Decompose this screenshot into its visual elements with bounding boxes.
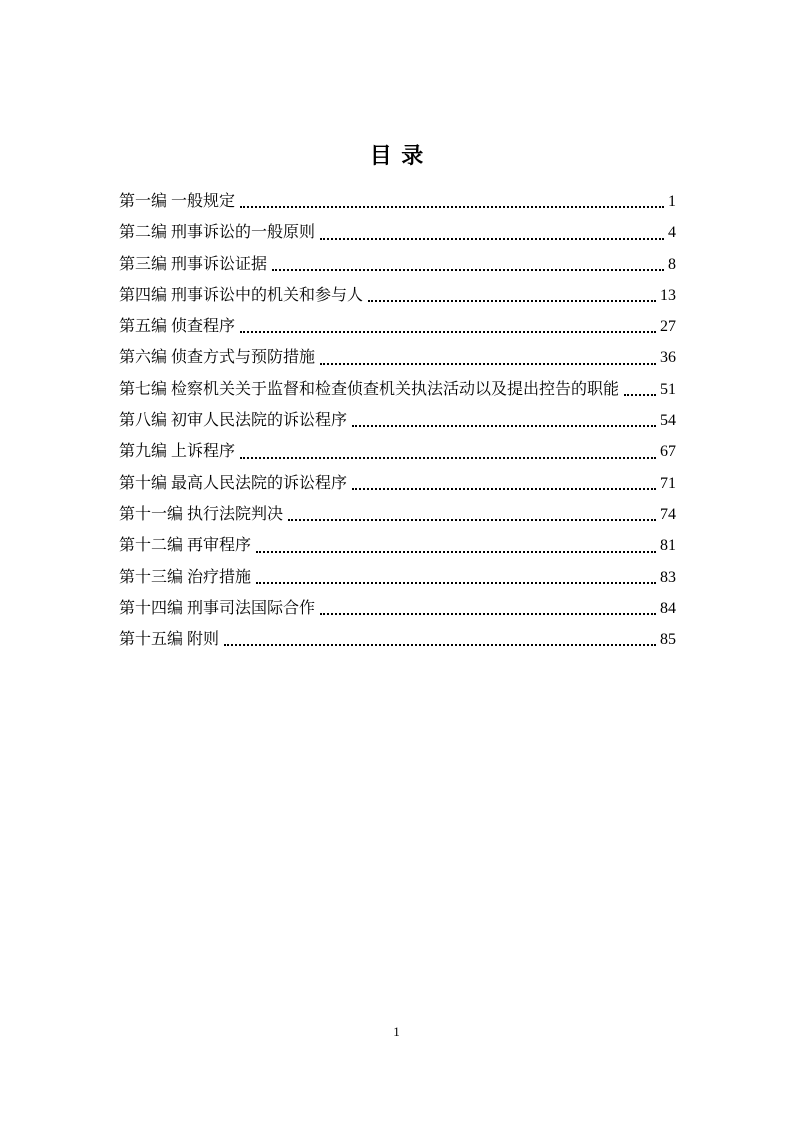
- dot-leader: [235, 186, 668, 217]
- toc-entry-page: 51: [660, 374, 676, 405]
- dot-leader: [347, 405, 660, 436]
- toc-entry: 第十二编 再审程序81: [119, 530, 676, 561]
- toc-entry-label: 第二编 刑事诉讼的一般原则: [119, 217, 315, 248]
- toc-entry-label: 第八编 初审人民法院的诉讼程序: [119, 405, 347, 436]
- dot-leader: [251, 530, 660, 561]
- toc-entry: 第十一编 执行法院判决74: [119, 499, 676, 530]
- toc-entry-page: 13: [660, 280, 676, 311]
- toc-entry-label: 第五编 侦查程序: [119, 311, 235, 342]
- dot-leader: [251, 562, 660, 593]
- toc-entry-page: 4: [668, 217, 676, 248]
- toc-entry-label: 第十五编 附则: [119, 624, 219, 655]
- document-page: 目 录 第一编 一般规定1第二编 刑事诉讼的一般原则4第三编 刑事诉讼证据8第四…: [0, 0, 793, 1122]
- toc-entry-page: 85: [660, 624, 676, 655]
- toc-entry-page: 8: [668, 249, 676, 280]
- toc-entry: 第八编 初审人民法院的诉讼程序54: [119, 405, 676, 436]
- dot-leader: [219, 624, 660, 655]
- toc-entry-label: 第一编 一般规定: [119, 186, 235, 217]
- toc-entry-page: 74: [660, 499, 676, 530]
- toc-entry-label: 第九编 上诉程序: [119, 436, 235, 467]
- toc-entry-label: 第十三编 治疗措施: [119, 562, 251, 593]
- dot-leader: [235, 311, 660, 342]
- toc-entry-label: 第十二编 再审程序: [119, 530, 251, 561]
- toc-entry-page: 54: [660, 405, 676, 436]
- dot-leader: [315, 593, 660, 624]
- dot-leader: [267, 249, 668, 280]
- toc-entry-page: 67: [660, 436, 676, 467]
- toc-entry: 第七编 检察机关关于监督和检查侦查机关执法活动以及提出控告的职能51: [119, 374, 676, 405]
- toc-entry: 第十编 最高人民法院的诉讼程序71: [119, 468, 676, 499]
- toc-entry: 第六编 侦查方式与预防措施36: [119, 342, 676, 373]
- toc-entry: 第四编 刑事诉讼中的机关和参与人13: [119, 280, 676, 311]
- toc-entry-label: 第三编 刑事诉讼证据: [119, 249, 267, 280]
- toc-entry: 第一编 一般规定1: [119, 186, 676, 217]
- dot-leader: [235, 436, 660, 467]
- toc-entry-page: 83: [660, 562, 676, 593]
- dot-leader: [363, 280, 660, 311]
- toc-entry-label: 第十四编 刑事司法国际合作: [119, 593, 315, 624]
- page-title: 目 录: [119, 142, 676, 170]
- toc-entry-label: 第六编 侦查方式与预防措施: [119, 342, 315, 373]
- toc-entry-page: 27: [660, 311, 676, 342]
- toc-entry-label: 第七编 检察机关关于监督和检查侦查机关执法活动以及提出控告的职能: [119, 374, 619, 405]
- toc-entry-page: 1: [668, 186, 676, 217]
- toc-entry: 第十四编 刑事司法国际合作84: [119, 593, 676, 624]
- toc-content: 目 录 第一编 一般规定1第二编 刑事诉讼的一般原则4第三编 刑事诉讼证据8第四…: [119, 142, 676, 655]
- toc-entry-page: 84: [660, 593, 676, 624]
- toc-entry: 第十三编 治疗措施83: [119, 562, 676, 593]
- dot-leader: [315, 217, 668, 248]
- dot-leader: [347, 468, 660, 499]
- toc-entry-label: 第十一编 执行法院判决: [119, 499, 283, 530]
- footer-page-number: 1: [0, 1024, 793, 1040]
- toc-entry-label: 第四编 刑事诉讼中的机关和参与人: [119, 280, 363, 311]
- toc-entry: 第十五编 附则85: [119, 624, 676, 655]
- toc-entry-page: 81: [660, 530, 676, 561]
- toc-entry: 第九编 上诉程序67: [119, 436, 676, 467]
- toc-entry: 第二编 刑事诉讼的一般原则4: [119, 217, 676, 248]
- toc-list: 第一编 一般规定1第二编 刑事诉讼的一般原则4第三编 刑事诉讼证据8第四编 刑事…: [119, 186, 676, 655]
- toc-entry-label: 第十编 最高人民法院的诉讼程序: [119, 468, 347, 499]
- toc-entry: 第五编 侦查程序27: [119, 311, 676, 342]
- dot-leader: [619, 374, 660, 405]
- dot-leader: [283, 499, 660, 530]
- toc-entry: 第三编 刑事诉讼证据8: [119, 249, 676, 280]
- toc-entry-page: 36: [660, 342, 676, 373]
- toc-entry-page: 71: [660, 468, 676, 499]
- dot-leader: [315, 342, 660, 373]
